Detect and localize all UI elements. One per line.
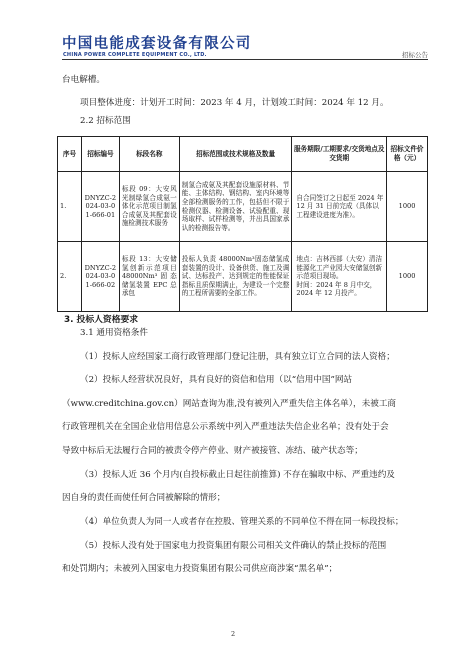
section-heading-3: 3. 投标人资格要求 bbox=[64, 312, 138, 325]
bid-scope-table: 序号 招标编号 标段名称 招标范围或技术规格及数量 服务期限/工期要求/交货地点… bbox=[57, 136, 428, 312]
table-header-row: 序号 招标编号 标段名称 招标范围或技术规格及数量 服务期限/工期要求/交货地点… bbox=[58, 137, 428, 172]
cell-code: DNYZC-2024-03-01-666-01 bbox=[81, 172, 119, 242]
col-header-code: 招标编号 bbox=[81, 137, 119, 172]
company-logo-en: CHINA POWER COMPLETE EQUIPMENT CO., LTD. bbox=[63, 52, 207, 58]
cell-scope: 投标人负责 48000Nm³固态储氢成套装置的设计、设备供货、施工及调试、达标投… bbox=[179, 242, 292, 312]
qualification-item-2-line4: 导致中标后无法履行合同的被责令停产停业、财产被接管、冻结、破产状态等； bbox=[62, 445, 363, 457]
qualification-item-1: （1）投标人应经国家工商行政管理部门登记注册，具有独立订立合同的法人资格； bbox=[80, 351, 395, 363]
col-header-no: 序号 bbox=[58, 137, 82, 172]
cell-price: 1000 bbox=[387, 172, 428, 242]
col-header-price: 招标文件价格（元） bbox=[387, 137, 428, 172]
qualification-item-5-line1: （5）投标人没有处于国家电力投资集团有限公司相关文件确认的禁止投标的范围 bbox=[80, 540, 386, 552]
table-row: 2. DNYZC-2024-03-01-666-02 标段 13：大安储氢创新示… bbox=[58, 242, 428, 312]
qualification-item-5-line2: 和处罚期内；未被列入国家电力投资集团有限公司供应商涉案“黑名单”； bbox=[62, 563, 337, 575]
cell-name: 标段 09：大安风光制绿氢合成氨一体化示范项目制氢合成氨及其配套设施检测技术服务 bbox=[119, 172, 179, 242]
cell-name: 标段 13：大安储氢创新示范项目 48000Nm³固态储氢装置 EPC 总承包 bbox=[119, 242, 179, 312]
doc-type-label: 招标公告 bbox=[402, 50, 428, 59]
cell-price: 1000 bbox=[387, 242, 428, 312]
qualification-item-4: （4）单位负责人为同一人或者存在控股、管理关系的不同单位不得在同一标段投标； bbox=[80, 516, 403, 528]
col-header-scope: 招标范围或技术规格及数量 bbox=[179, 137, 292, 172]
qualification-item-3-line1: （3）投标人近 36 个月内(自投标截止日起往前推算) 不存在骗取中标、严重违约… bbox=[80, 469, 395, 481]
col-header-name: 标段名称 bbox=[119, 137, 179, 172]
company-logo-cn: 中国电能成套设备有限公司 bbox=[62, 36, 252, 52]
cell-code: DNYZC-2024-03-01-666-02 bbox=[81, 242, 119, 312]
cell-period: 地点：吉林西部（大安）清洁能源化工产业园大安储氢创新示范项目现场。 时间：202… bbox=[292, 242, 387, 312]
table-row: 1. DNYZC-2024-03-01-666-01 标段 09：大安风光制绿氢… bbox=[58, 172, 428, 242]
cell-scope: 制氢合成氨及其配套设施原材料、节能、主体结构、钢结构、室内环境等全部检测服务的工… bbox=[179, 172, 292, 242]
qualification-item-2-line3: 行政管理机关在全国企业信用信息公示系统中列入严重违法失信企业名单；没有处于会 bbox=[62, 421, 389, 433]
continuation-text: 台电解槽。 bbox=[62, 74, 105, 86]
page-number: 2 bbox=[231, 630, 235, 638]
page-header: 中国电能成套设备有限公司 CHINA POWER COMPLETE EQUIPM… bbox=[62, 36, 428, 60]
qualification-item-3-line2: 因自身的责任而使任何合同被解除的情形； bbox=[62, 492, 225, 504]
section-heading-3-1: 3.1 通用资格条件 bbox=[80, 327, 148, 339]
cell-no: 1. bbox=[58, 172, 82, 242]
col-header-period: 服务期限/工期要求/交货地点及交货期 bbox=[292, 137, 387, 172]
cell-period: 自合同签订之日起至 2024 年 12 月 31 日前完成（具体以工程建设进度为… bbox=[292, 172, 387, 242]
qualification-item-2-line2: （www.creditchina.gov.cn）网站查询为准,没有被列入严重失信… bbox=[62, 398, 396, 410]
cell-no: 2. bbox=[58, 242, 82, 312]
section-heading-2-2: 2.2 招标范围 bbox=[80, 115, 131, 127]
qualification-item-2-line1: （2）投标人经营状况良好，具有良好的资信和信用（以“信用中国”网站 bbox=[80, 374, 352, 386]
project-progress: 项目整体进度：计划开工时间：2023 年 4 月，计划竣工时间：2024 年 1… bbox=[80, 97, 389, 109]
